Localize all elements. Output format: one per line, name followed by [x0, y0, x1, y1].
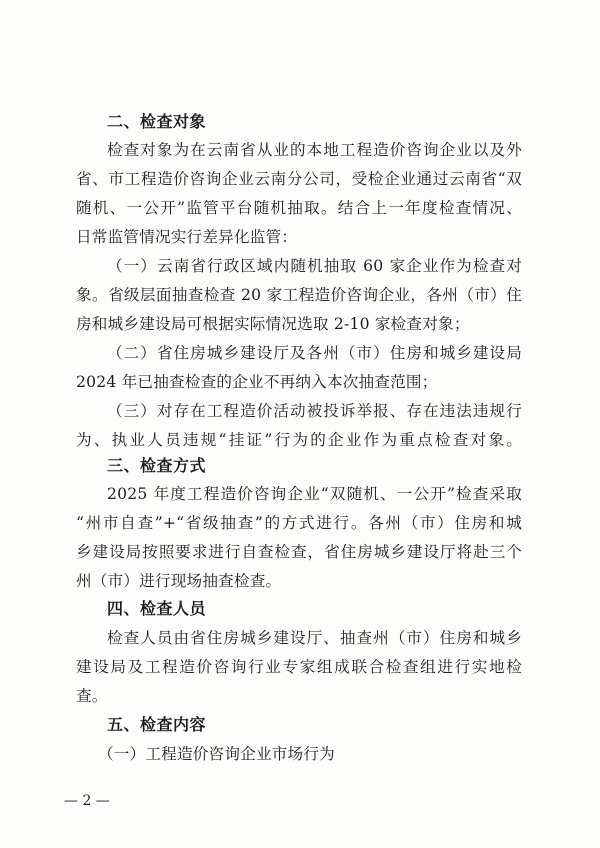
page-number: — 2 — [64, 791, 110, 811]
paragraph-line: 查。 [76, 683, 522, 709]
paragraph-line: “州市自查”+“省级抽查”的方式进行。各州（市）住房和城 [76, 510, 522, 536]
paragraph-line: 省、市工程造价咨询企业云南分公司，受检企业通过云南省“双 [76, 166, 522, 192]
paragraph-line: （三）对存在工程造价活动被投诉举报、存在违法违规行 [107, 398, 522, 424]
paragraph-line: 检查人员由省住房城乡建设厅、抽查州（市）住房和城乡 [107, 625, 522, 651]
paragraph-line: （二）省住房城乡建设厅及各州（市）住房和城乡建设局 [107, 340, 522, 366]
paragraph-line: 随机、一公开”监管平台随机抽取。结合上一年度检查情况、 [76, 195, 522, 221]
section-heading-inspection-personnel: 四、检查人员 [107, 596, 206, 622]
paragraph-line: 建设局及工程造价咨询行业专家组成联合检查组进行实地检 [76, 654, 522, 680]
paragraph-line: 房和城乡建设局可根据实际情况选取 2-10 家检查对象； [76, 311, 522, 337]
paragraph-line: （一）工程造价咨询企业市场行为 [98, 741, 513, 767]
section-heading-inspection-targets: 二、检查对象 [107, 109, 206, 135]
section-heading-inspection-method: 三、检查方式 [107, 453, 206, 479]
paragraph-line: 州（市）进行现场抽查检查。 [76, 568, 522, 594]
paragraph-line: 象。省级层面抽查检查 20 家工程造价咨询企业，各州（市）住 [76, 282, 522, 308]
section-heading-inspection-content: 五、检查内容 [107, 712, 206, 738]
paragraph-line: 2024 年已抽查检查的企业不再纳入本次抽查范围； [76, 369, 522, 395]
paragraph-line: 乡建设局按照要求进行自查检查，省住房城乡建设厅将赴三个 [76, 539, 522, 565]
paragraph-line: 为、执业人员违规“挂证”行为的企业作为重点检查对象。 [76, 427, 522, 453]
paragraph-line: 2025 年度工程造价咨询企业“双随机、一公开”检查采取 [107, 481, 522, 507]
paragraph-line: （一）云南省行政区域内随机抽取 60 家企业作为检查对 [107, 253, 522, 279]
paragraph-line: 检查对象为在云南省从业的本地工程造价咨询企业以及外 [107, 137, 522, 163]
paragraph-line: 日常监管情况实行差异化监管： [76, 224, 522, 250]
